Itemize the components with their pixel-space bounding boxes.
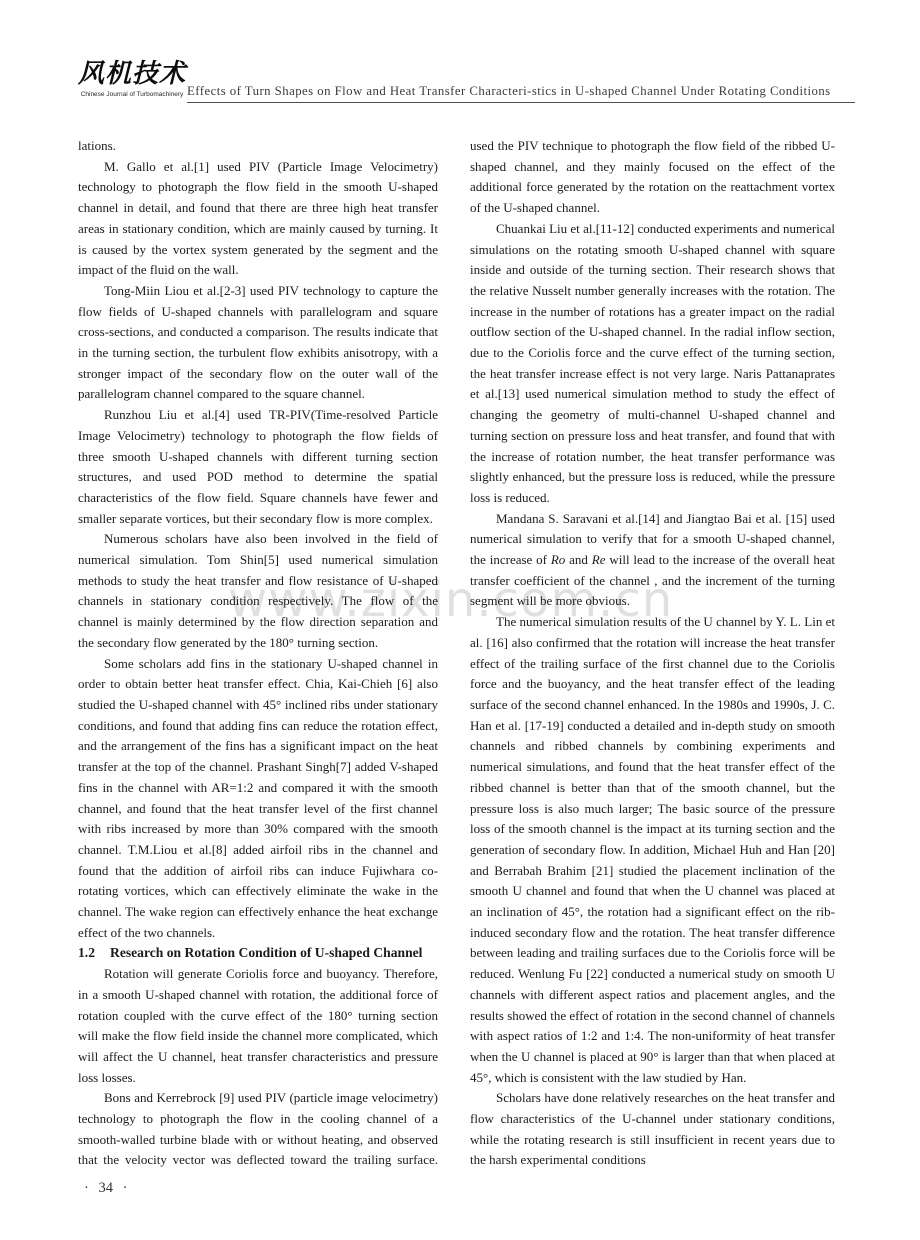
paragraph-continuation: used the PIV technique to photograph the…: [470, 136, 835, 219]
paragraph: Rotation will generate Coriolis force an…: [78, 964, 438, 1088]
header-rule: [187, 102, 855, 103]
variable-ro: Ro: [551, 552, 565, 567]
section-heading: 1.2Research on Rotation Condition of U-s…: [78, 943, 438, 964]
paragraph: The numerical simulation results of the …: [470, 612, 835, 1088]
paragraph-continuation: lations.: [78, 136, 438, 157]
paragraph: Chuankai Liu et al.[11-12] conducted exp…: [470, 219, 835, 509]
paragraph-with-variables: Mandana S. Saravani et al.[14] and Jiang…: [470, 509, 835, 613]
page-number: · 34 ·: [84, 1180, 127, 1197]
paragraph: Some scholars add fins in the stationary…: [78, 654, 438, 944]
paragraph-text: and: [565, 552, 591, 567]
section-heading-text: Research on Rotation Condition of U-shap…: [110, 945, 422, 960]
paragraph: Tong-Miin Liou et al.[2-3] used PIV tech…: [78, 281, 438, 405]
journal-logo-subtitle: Chinese Journal of Turbomachinery: [76, 90, 188, 99]
right-column: used the PIV technique to photograph the…: [470, 136, 835, 1171]
journal-logo: 风机技术 Chinese Journal of Turbomachinery: [76, 58, 188, 99]
variable-re: Re: [592, 552, 606, 567]
paragraph: Runzhou Liu et al.[4] used TR-PIV(Time-r…: [78, 405, 438, 529]
paragraph: M. Gallo et al.[1] used PIV (Particle Im…: [78, 157, 438, 281]
running-title: Effects of Turn Shapes on Flow and Heat …: [187, 84, 857, 99]
journal-logo-chinese: 风机技术: [76, 58, 188, 90]
section-heading-number: 1.2: [78, 945, 95, 960]
paragraph: Bons and Kerrebrock [9] used PIV (partic…: [78, 1088, 438, 1171]
left-column: lations. M. Gallo et al.[1] used PIV (Pa…: [78, 136, 438, 1171]
paragraph: Scholars have done relatively researches…: [470, 1088, 835, 1171]
paragraph: Numerous scholars have also been involve…: [78, 529, 438, 653]
paper-page: 风机技术 Chinese Journal of Turbomachinery E…: [0, 0, 920, 1240]
